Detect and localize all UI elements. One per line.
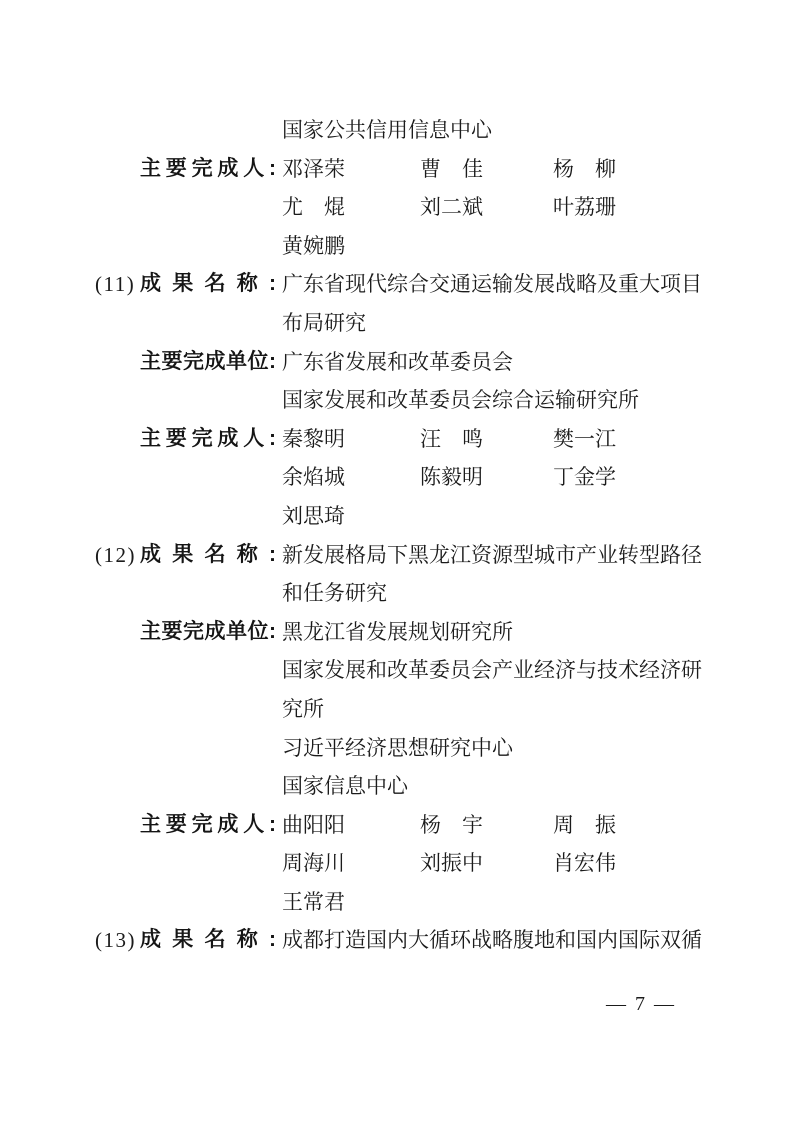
person-name: 叶荔珊 — [553, 188, 616, 227]
unit-row: 国家发展和改革委员会综合运输研究所 — [95, 381, 794, 420]
document-page: 国家公共信用信息中心 主要完成人: 邓泽荣 曹 佳 杨 柳 尤 焜 刘二斌 叶荔… — [0, 0, 794, 1123]
entry-title: 广东省现代综合交通运输发展战略及重大项目 — [282, 265, 702, 304]
person-name: 丁金学 — [553, 458, 616, 497]
name-label: 成果名称: — [140, 536, 276, 575]
unit-row: 国家信息中心 — [95, 767, 794, 806]
person-name: 刘振中 — [420, 844, 483, 883]
entry-title: 新发展格局下黑龙江资源型城市产业转型路径 — [282, 536, 702, 575]
unit-name: 究所 — [282, 690, 324, 729]
persons-row: 黄婉鹏 — [95, 227, 794, 266]
person-name: 汪 鸣 — [420, 420, 483, 459]
unit-row: 究所 — [95, 690, 794, 729]
persons-row: 尤 焜 刘二斌 叶荔珊 — [95, 188, 794, 227]
unit-name: 广东省发展和改革委员会 — [282, 343, 513, 382]
unit-name: 国家发展和改革委员会产业经济与技术经济研 — [282, 651, 702, 690]
entry-number: (11) — [95, 265, 140, 304]
persons-row: 主要完成人: 邓泽荣 曹 佳 杨 柳 — [95, 150, 794, 189]
unit-name: 国家发展和改革委员会综合运输研究所 — [282, 381, 639, 420]
person-name: 周海川 — [282, 844, 345, 883]
name-label: 成果名称: — [140, 921, 276, 960]
persons-label: 主要完成人: — [140, 806, 276, 845]
entry-title-row: 布局研究 — [95, 304, 794, 343]
unit-name: 黑龙江省发展规划研究所 — [282, 613, 513, 652]
person-names-row: 周海川 刘振中 肖宏伟 — [282, 844, 616, 883]
person-name: 邓泽荣 — [282, 150, 345, 189]
unit-row: 主要完成单位: 黑龙江省发展规划研究所 — [95, 613, 794, 652]
person-name: 秦黎明 — [282, 420, 345, 459]
person-names-row: 王常君 — [282, 883, 345, 922]
person-name: 曲阳阳 — [282, 806, 345, 845]
persons-row: 周海川 刘振中 肖宏伟 — [95, 844, 794, 883]
unit-row: 习近平经济思想研究中心 — [95, 729, 794, 768]
person-name: 尤 焜 — [282, 188, 345, 227]
person-names-row: 邓泽荣 曹 佳 杨 柳 — [282, 150, 616, 189]
persons-row: 刘思琦 — [95, 497, 794, 536]
page-number: — 7 — — [606, 992, 676, 1016]
person-names-row: 尤 焜 刘二斌 叶荔珊 — [282, 188, 616, 227]
person-name: 周 振 — [553, 806, 616, 845]
unit-name: 习近平经济思想研究中心 — [282, 729, 513, 768]
unit-label: 主要完成单位: — [140, 613, 276, 652]
entry-title-row: (13) 成果名称: 成都打造国内大循环战略腹地和国内国际双循 — [95, 921, 794, 960]
person-names-row: 黄婉鹏 — [282, 227, 345, 266]
person-names-row: 刘思琦 — [282, 497, 345, 536]
name-label: 成果名称: — [140, 265, 276, 304]
entry-title: 布局研究 — [282, 304, 366, 343]
entry-title-row: (11) 成果名称: 广东省现代综合交通运输发展战略及重大项目 — [95, 265, 794, 304]
persons-row: 余焰城 陈毅明 丁金学 — [95, 458, 794, 497]
person-name: 杨 柳 — [553, 150, 616, 189]
entry-title: 和任务研究 — [282, 574, 387, 613]
entry-title-row: 和任务研究 — [95, 574, 794, 613]
persons-label: 主要完成人: — [140, 150, 276, 189]
person-name: 樊一江 — [553, 420, 616, 459]
persons-row: 主要完成人: 曲阳阳 杨 宇 周 振 — [95, 806, 794, 845]
unit-label: 主要完成单位: — [140, 343, 276, 382]
person-name: 黄婉鹏 — [282, 227, 345, 266]
person-name: 曹 佳 — [420, 150, 483, 189]
persons-row: 主要完成人: 秦黎明 汪 鸣 樊一江 — [95, 420, 794, 459]
persons-row: 王常君 — [95, 883, 794, 922]
persons-label: 主要完成人: — [140, 420, 276, 459]
person-name: 陈毅明 — [420, 458, 483, 497]
person-name: 肖宏伟 — [553, 844, 616, 883]
entry-title: 成都打造国内大循环战略腹地和国内国际双循 — [282, 921, 702, 960]
person-name: 刘二斌 — [420, 188, 483, 227]
unit-name: 国家公共信用信息中心 — [282, 111, 492, 150]
unit-name: 国家信息中心 — [282, 767, 408, 806]
unit-row: 国家发展和改革委员会产业经济与技术经济研 — [95, 651, 794, 690]
person-name: 杨 宇 — [420, 806, 483, 845]
person-name: 王常君 — [282, 883, 345, 922]
unit-row: 主要完成单位: 广东省发展和改革委员会 — [95, 343, 794, 382]
entry-number: (13) — [95, 921, 140, 960]
person-names-row: 曲阳阳 杨 宇 周 振 — [282, 806, 616, 845]
person-names-row: 余焰城 陈毅明 丁金学 — [282, 458, 616, 497]
person-name: 刘思琦 — [282, 497, 345, 536]
person-names-row: 秦黎明 汪 鸣 樊一江 — [282, 420, 616, 459]
person-name: 余焰城 — [282, 458, 345, 497]
entry-number: (12) — [95, 536, 140, 575]
entry-title-row: (12) 成果名称: 新发展格局下黑龙江资源型城市产业转型路径 — [95, 536, 794, 575]
unit-line: 国家公共信用信息中心 — [95, 111, 794, 150]
